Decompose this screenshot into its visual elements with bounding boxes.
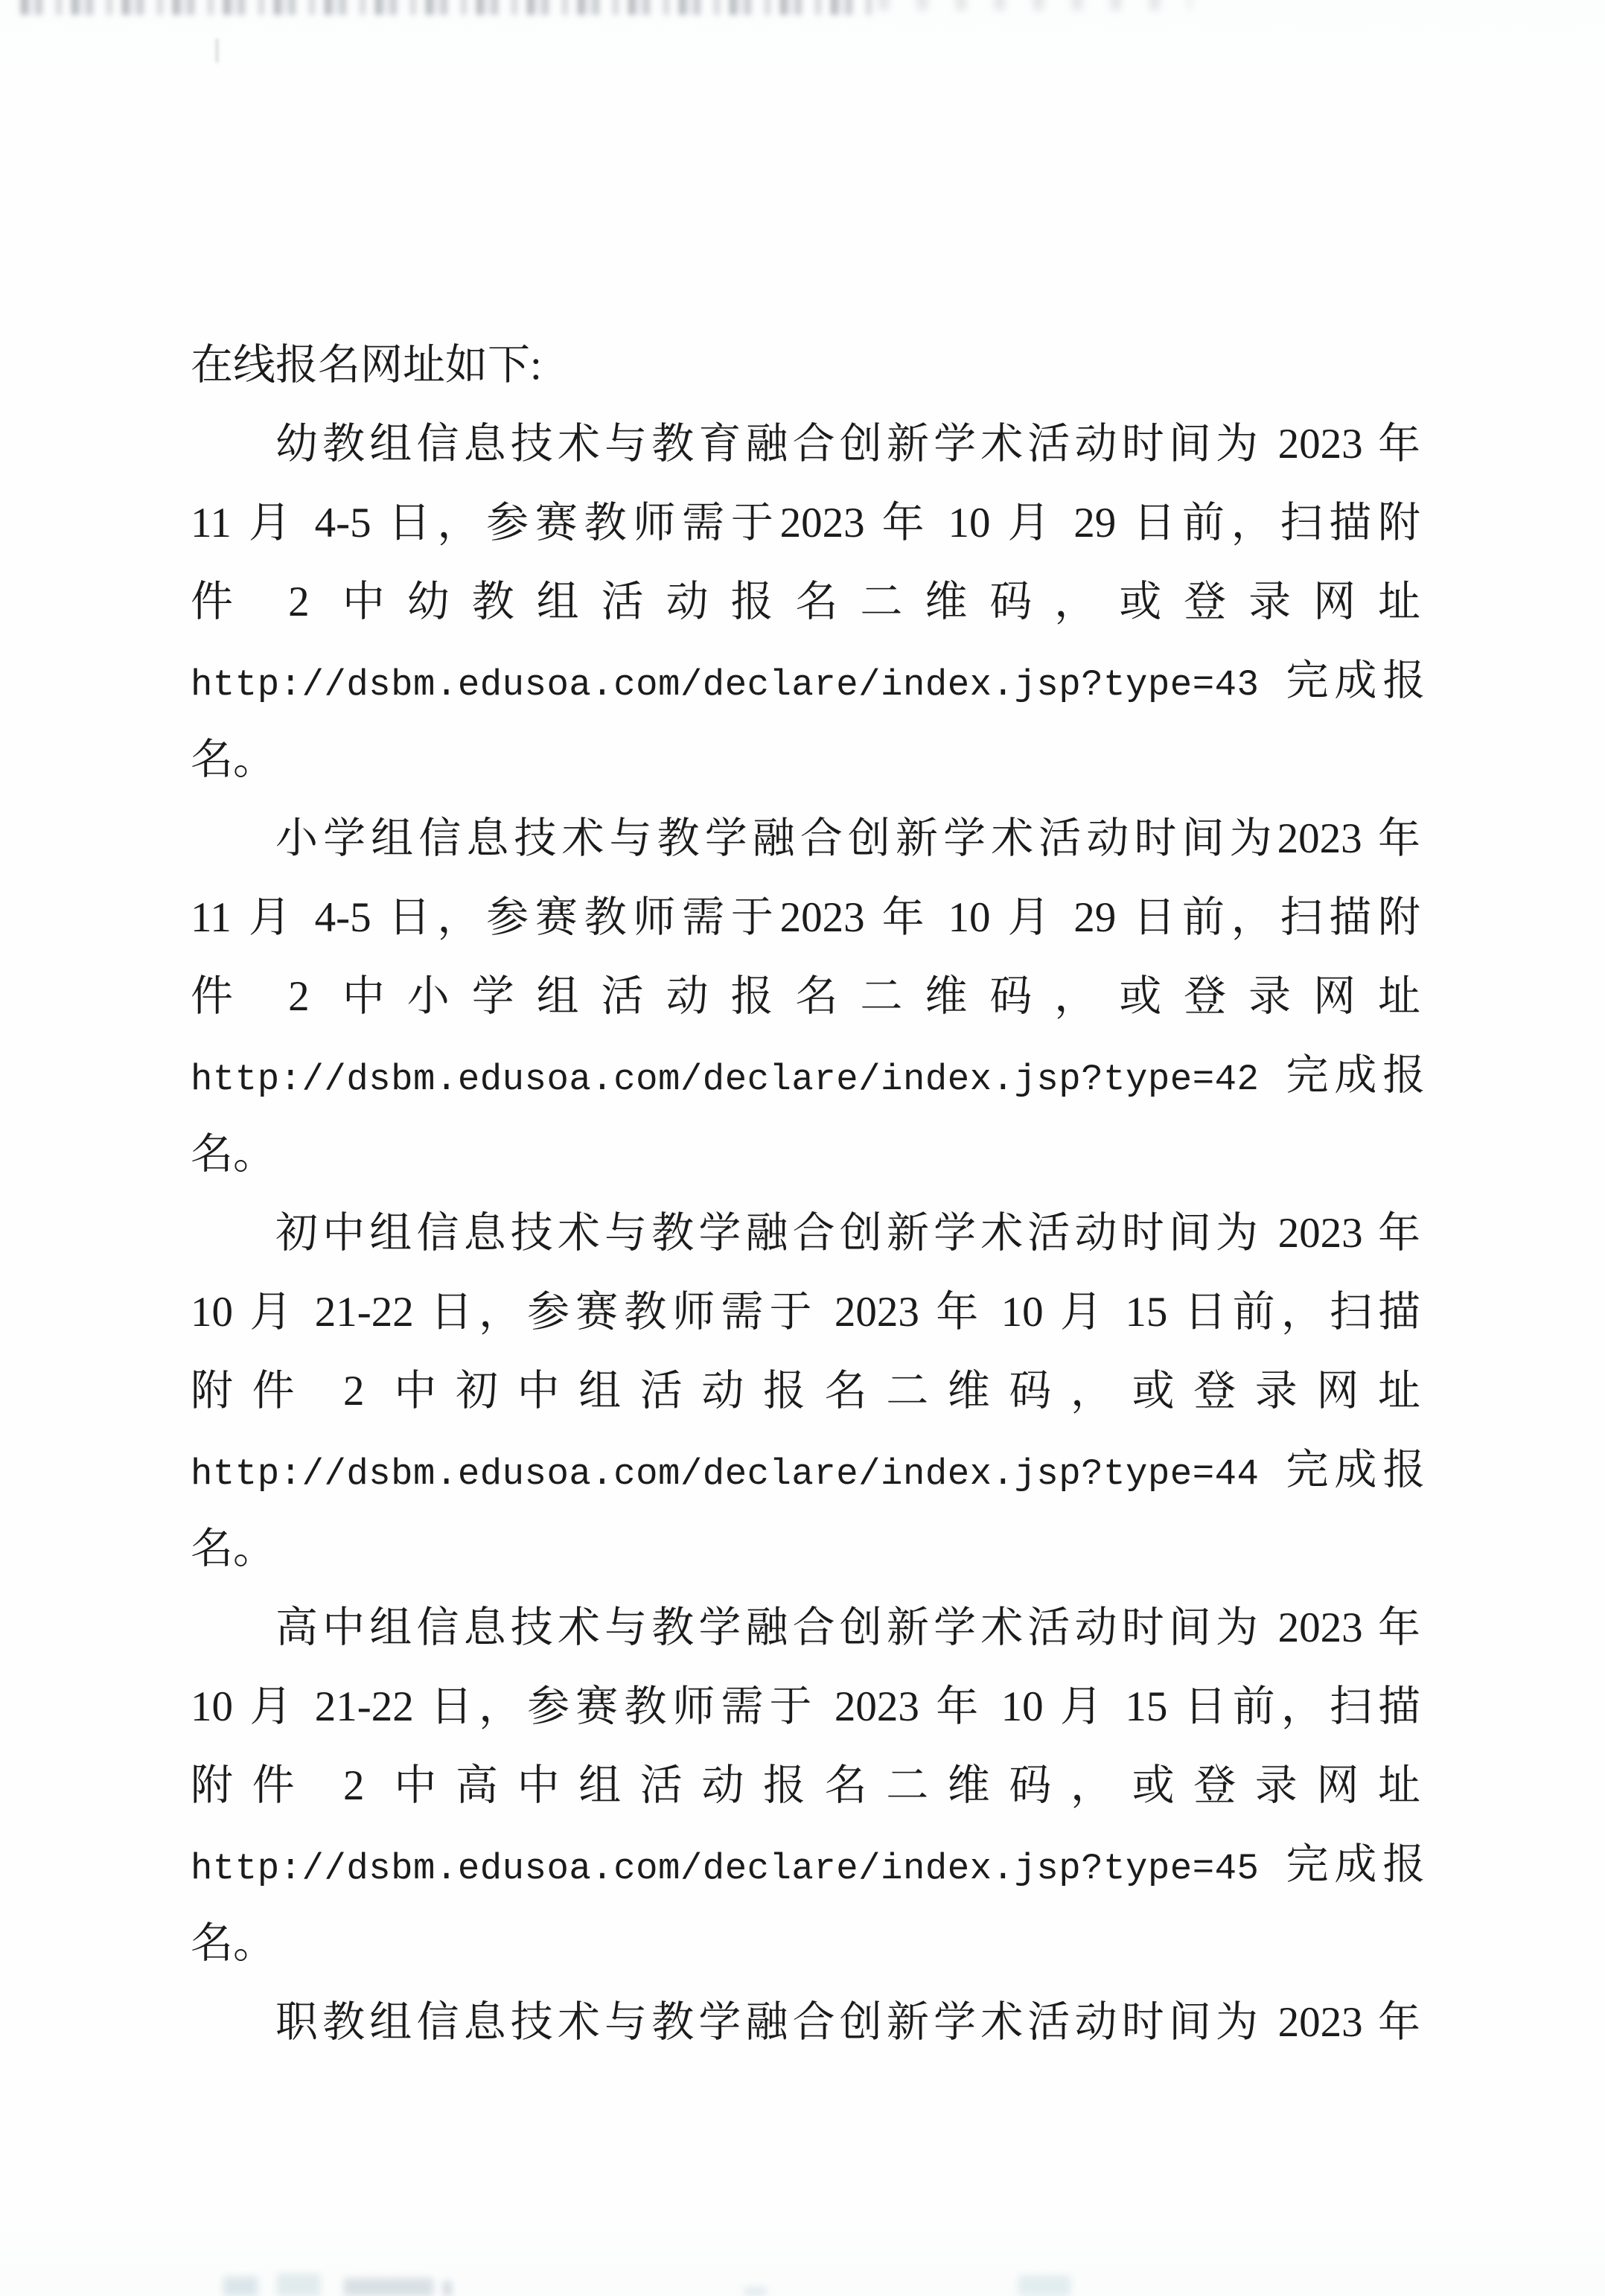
registration-url-line: http://dsbm.edusoa.com/declare/index.jsp… — [191, 642, 1420, 721]
text-segment: 名。 — [191, 1525, 275, 1572]
text-line: 11 月 4-5 日，参赛教师需于2023 年 10 月 29 日前，扫描附 — [191, 484, 1420, 563]
text-segment: 职教组信息技术与教学融合创新学术活动时间为 2023 年 — [275, 1999, 1420, 2046]
text-segment: 幼教组信息技术与教育融合创新学术活动时间为 2023 年 — [275, 421, 1420, 468]
text-line: 在线报名网址如下: — [191, 326, 1420, 405]
text-line: 名。 — [191, 721, 1420, 800]
text-segment: 件 2 中小学组活动报名二维码，或登录网址 — [191, 973, 1420, 1020]
text-segment: 名。 — [191, 1131, 275, 1178]
registration-url: http://dsbm.edusoa.com/declare/index.jsp… — [191, 1453, 1259, 1495]
text-line: 附件 2 中高中组活动报名二维码，或登录网址 — [191, 1747, 1420, 1825]
text-line: 名。 — [191, 1510, 1420, 1589]
scan-artifact-top — [21, 0, 877, 15]
text-segment: 完成报 — [1286, 1841, 1431, 1888]
scan-artifact-bottom — [444, 2281, 451, 2296]
registration-url-line: http://dsbm.edusoa.com/declare/index.jsp… — [191, 1825, 1420, 1904]
text-segment: 完成报 — [1286, 657, 1431, 704]
text-segment: 高中组信息技术与教学融合创新学术活动时间为 2023 年 — [275, 1604, 1420, 1651]
text-segment: 初中组信息技术与教学融合创新学术活动时间为 2023 年 — [275, 1210, 1420, 1257]
text-line: 小学组信息技术与教学融合创新学术活动时间为2023 年 — [191, 800, 1420, 878]
text-line: 名。 — [191, 1904, 1420, 1983]
text-segment: 附件 2 中初中组活动报名二维码，或登录网址 — [191, 1368, 1420, 1415]
text-segment: 在线报名网址如下: — [191, 342, 542, 389]
text-segment: 10 月 21-22 日，参赛教师需于 2023 年 10 月 15 日前，扫描 — [191, 1683, 1420, 1730]
text-line: 10 月 21-22 日，参赛教师需于 2023 年 10 月 15 日前，扫描 — [191, 1668, 1420, 1747]
text-line: 10 月 21-22 日，参赛教师需于 2023 年 10 月 15 日前，扫描 — [191, 1273, 1420, 1352]
text-segment: 完成报 — [1286, 1447, 1431, 1493]
text-segment: 小学组信息技术与教学融合创新学术活动时间为2023 年 — [275, 815, 1420, 862]
document-text-block: 在线报名网址如下:幼教组信息技术与教育融合创新学术活动时间为 2023 年11 … — [191, 326, 1420, 2062]
scan-artifact-bottom — [223, 2277, 258, 2296]
text-line: 11 月 4-5 日，参赛教师需于2023 年 10 月 29 日前，扫描附 — [191, 878, 1420, 957]
text-line: 名。 — [191, 1115, 1420, 1194]
scan-artifact-bottom — [344, 2278, 433, 2296]
text-segment: 件 2 中幼教组活动报名二维码，或登录网址 — [191, 578, 1420, 625]
scan-stray-mark — [216, 39, 218, 63]
text-line: 件 2 中幼教组活动报名二维码，或登录网址 — [191, 563, 1420, 642]
text-segment: 名。 — [191, 736, 275, 783]
scanned-document-page: 在线报名网址如下:幼教组信息技术与教育融合创新学术活动时间为 2023 年11 … — [0, 0, 1605, 2296]
text-segment: 10 月 21-22 日，参赛教师需于 2023 年 10 月 15 日前，扫描 — [191, 1289, 1420, 1336]
registration-url: http://dsbm.edusoa.com/declare/index.jsp… — [191, 1059, 1259, 1100]
text-line: 职教组信息技术与教学融合创新学术活动时间为 2023 年 — [191, 1983, 1420, 2062]
text-segment: 11 月 4-5 日，参赛教师需于2023 年 10 月 29 日前，扫描附 — [191, 500, 1420, 546]
text-line: 高中组信息技术与教学融合创新学术活动时间为 2023 年 — [191, 1589, 1420, 1668]
text-line: 初中组信息技术与教学融合创新学术活动时间为 2023 年 — [191, 1194, 1420, 1273]
scan-artifact-bottom — [744, 2287, 767, 2296]
registration-url: http://dsbm.edusoa.com/declare/index.jsp… — [191, 1848, 1259, 1890]
registration-url: http://dsbm.edusoa.com/declare/index.jsp… — [191, 664, 1259, 706]
text-line: 附件 2 中初中组活动报名二维码，或登录网址 — [191, 1352, 1420, 1431]
registration-url-line: http://dsbm.edusoa.com/declare/index.jsp… — [191, 1036, 1420, 1115]
text-segment: 完成报 — [1286, 1052, 1431, 1099]
text-line: 件 2 中小学组活动报名二维码，或登录网址 — [191, 957, 1420, 1036]
text-segment: 附件 2 中高中组活动报名二维码，或登录网址 — [191, 1762, 1420, 1809]
scan-artifact-bottom — [1018, 2275, 1070, 2296]
text-segment: 名。 — [191, 1920, 275, 1967]
text-line: 幼教组信息技术与教育融合创新学术活动时间为 2023 年 — [191, 405, 1420, 484]
scan-artifact-top-tail — [878, 0, 1191, 10]
scan-artifact-bottom — [277, 2274, 320, 2296]
text-segment: 11 月 4-5 日，参赛教师需于2023 年 10 月 29 日前，扫描附 — [191, 894, 1420, 941]
registration-url-line: http://dsbm.edusoa.com/declare/index.jsp… — [191, 1431, 1420, 1510]
